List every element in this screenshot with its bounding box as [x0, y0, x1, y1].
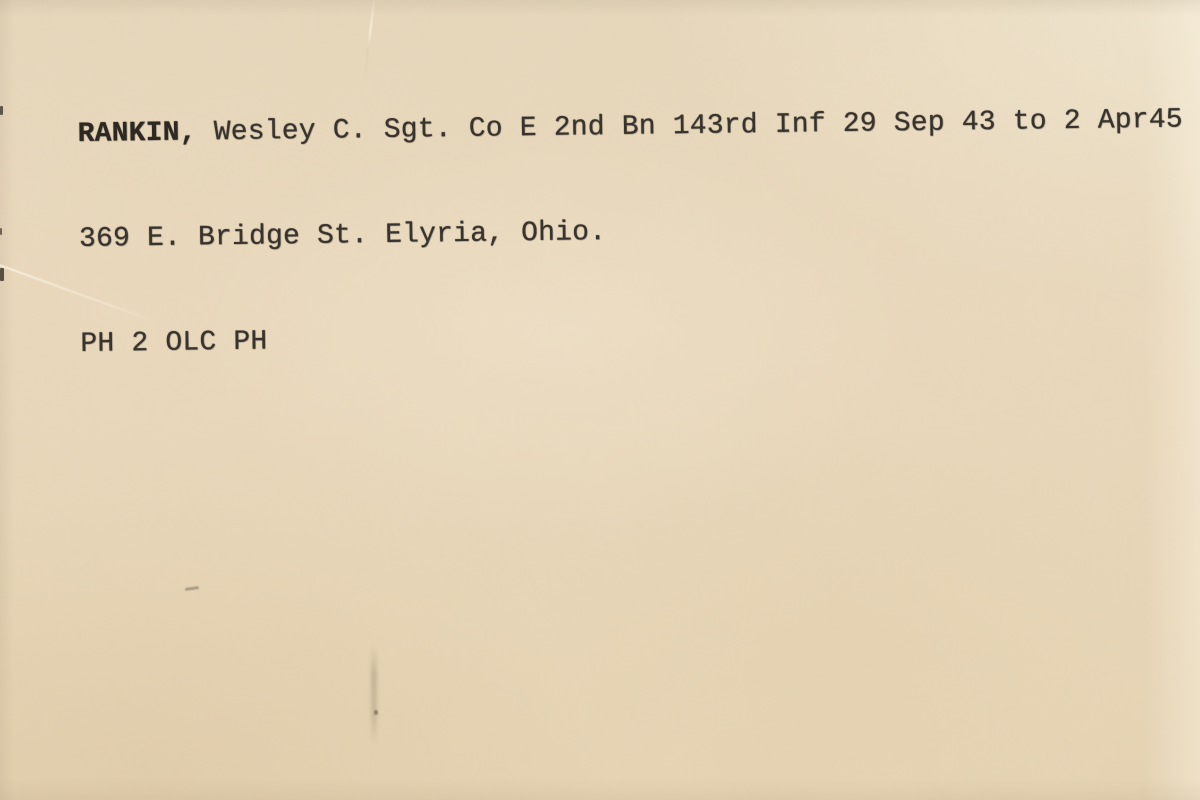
smudge-dot [374, 710, 378, 715]
service-record-line: RANKIN, Wesley C. Sgt. Co E 2nd Bn 143rd… [77, 103, 1183, 152]
service-record-details: Wesley C. Sgt. Co E 2nd Bn 143rd Inf 29 … [197, 105, 1183, 149]
vertical-smudge-mark [371, 645, 377, 745]
typewritten-text-block: RANKIN, Wesley C. Sgt. Co E 2nd Bn 143rd… [77, 33, 1187, 432]
index-card: RANKIN, Wesley C. Sgt. Co E 2nd Bn 143rd… [0, 0, 1200, 800]
left-edge-speck [0, 268, 4, 281]
scanned-document-page: { "document": { "lines": [ { "emphasis":… [0, 0, 1200, 800]
left-edge-speck [0, 228, 2, 235]
address-line: 369 E. Bridge St. Elyria, Ohio. [79, 208, 1185, 257]
decorations-line: PH 2 OLC PH [80, 313, 1186, 362]
soldier-surname: RANKIN, [78, 117, 197, 150]
left-edge-speck [0, 106, 3, 115]
pencil-dash-mark [185, 586, 199, 591]
